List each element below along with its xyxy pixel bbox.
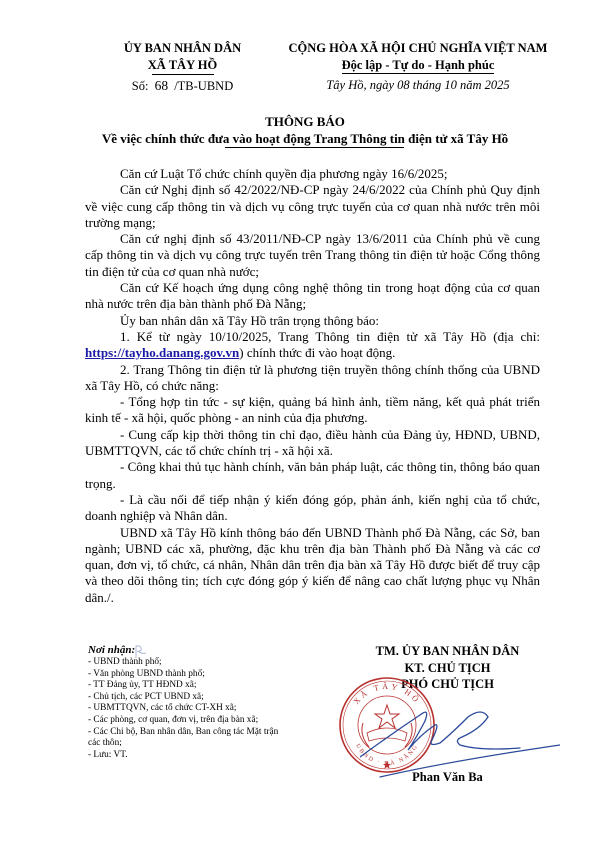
legal-basis-3: Căn cứ nghị định số 43/2011/NĐ-CP ngày 1… [85, 231, 540, 280]
function-3: - Công khai thủ tục hành chính, văn bản … [85, 459, 540, 492]
item-1-text-end: ) chính thức đi vào hoạt động. [239, 345, 395, 360]
recipient-item: - Lưu: VT. [88, 750, 288, 762]
doc-number-prefix: Số: [132, 79, 149, 93]
website-link[interactable]: https://tayho.danang.gov.vn [85, 345, 239, 360]
item-2: 2. Trang Thông tin điện tử là phương tiệ… [85, 362, 540, 395]
national-motto: Độc lập - Tự do - Hạnh phúc [342, 57, 495, 74]
national-title: CỘNG HÒA XÃ HỘI CHỦ NGHĨA VIỆT NAM [258, 40, 578, 56]
legal-basis-2: Căn cứ Nghị định số 42/2022/NĐ-CP ngày 2… [85, 182, 540, 231]
national-header-block: CỘNG HÒA XÃ HỘI CHỦ NGHĨA VIỆT NAM Độc l… [258, 40, 578, 94]
pen-mark-icon [133, 644, 148, 660]
recipient-item: - UBMTTQVN, các tổ chức CT-XH xã; [88, 703, 288, 715]
recipient-item: - Các phòng, cơ quan, đơn vị, trên địa b… [88, 715, 288, 727]
subject-underline [225, 147, 404, 148]
item-1-text: 1. Kể từ ngày 10/10/2025, Trang Thông ti… [120, 329, 540, 344]
signature-line-1: TM. ỦY BAN NHÂN DÂN [330, 643, 565, 660]
doc-number-suffix: /TB-UBND [174, 79, 233, 93]
announcement-intro: Ủy ban nhân dân xã Tây Hồ trân trọng thô… [85, 313, 540, 329]
doc-number-value: 68 [155, 78, 169, 93]
legal-basis-1: Căn cứ Luật Tổ chức chính quyền địa phươ… [85, 166, 540, 182]
item-1: 1. Kể từ ngày 10/10/2025, Trang Thông ti… [85, 329, 540, 362]
recipients-heading: Nơi nhận: [88, 644, 288, 657]
function-1: - Tổng hợp tin tức - sự kiện, quảng bá h… [85, 394, 540, 427]
issuing-authority-line1: ỦY BAN NHÂN DÂN [90, 40, 275, 56]
signer-name: Phan Văn Ba [330, 770, 565, 785]
issuing-authority-block: ỦY BAN NHÂN DÂN XÃ TÂY HỒ Số: 68 /TB-UBN… [90, 40, 275, 95]
signature-line-2: KT. CHỦ TỊCH [330, 660, 565, 677]
place-date: Tây Hồ, ngày 08 tháng 10 năm 2025 [258, 76, 578, 94]
recipient-item: - Các Chi bộ, Ban nhân dân, Ban công tác… [88, 727, 288, 750]
function-2: - Cung cấp kịp thời thông tin chỉ đạo, đ… [85, 427, 540, 460]
recipient-item: - TT Đảng ủy, TT HĐND xã; [88, 680, 288, 692]
legal-basis-4: Căn cứ Kế hoạch ứng dụng công nghệ thông… [85, 280, 540, 313]
document-subject: Về việc chính thức đưa vào hoạt động Tra… [60, 130, 550, 147]
authority-underline [152, 74, 214, 75]
issuing-authority-line2: XÃ TÂY HỒ [148, 57, 217, 73]
closing-paragraph: UBND xã Tây Hồ kính thông báo đến UBND T… [85, 525, 540, 606]
function-4: - Là cầu nối để tiếp nhận ý kiến đóng gó… [85, 492, 540, 525]
recipient-item: - Chủ tịch, các PCT UBND xã; [88, 692, 288, 704]
recipient-item: - UBND thành phố; [88, 657, 288, 669]
document-title: THÔNG BÁO [60, 113, 550, 130]
recipient-item: - Văn phòng UBND thành phố; [88, 669, 288, 681]
document-number: Số: 68 /TB-UBND [90, 77, 275, 95]
recipients-block: Nơi nhận: - UBND thành phố; - Văn phòng … [88, 644, 288, 761]
document-body: Căn cứ Luật Tổ chức chính quyền địa phươ… [85, 166, 540, 606]
